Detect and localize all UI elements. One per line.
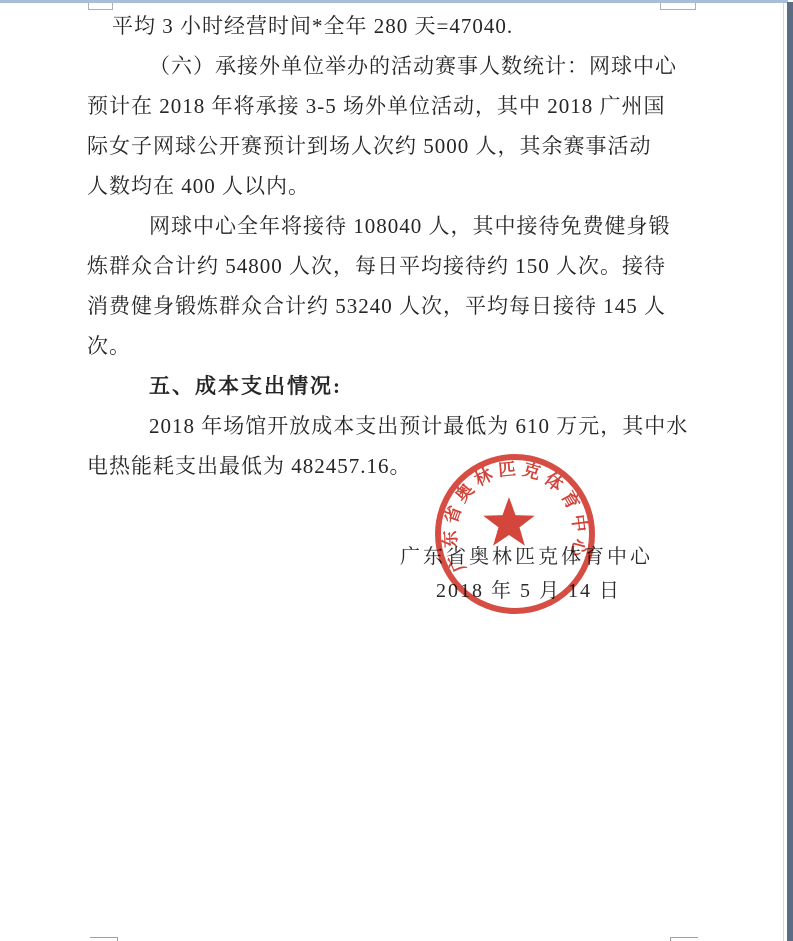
text-line: 预计在 2018 年将承接 3-5 场外单位活动，其中 2018 广州国	[87, 86, 727, 126]
text-line: 炼群众合计约 54800 人次，每日平均接待约 150 人次。接待	[87, 246, 727, 286]
page-right-rule	[783, 3, 784, 941]
text-line: 2018 年场馆开放成本支出预计最低为 610 万元，其中水	[87, 406, 727, 446]
text-line: 次。	[87, 326, 727, 366]
document-page: { "page": { "background": "#ffffff", "to…	[0, 0, 793, 941]
text-line: 际女子网球公开赛预计到场人次约 5000 人，其余赛事活动	[87, 126, 727, 166]
bottom-crop-mark-right	[670, 937, 698, 941]
text-line: 网球中心全年将接待 108040 人，其中接待免费健身锻	[87, 206, 727, 246]
text-line: 平均 3 小时经营时间*全年 280 天=47040.	[87, 6, 727, 46]
text-line: 电热能耗支出最低为 482457.16。	[87, 446, 727, 486]
text-line: 人数均在 400 人以内。	[87, 166, 727, 206]
bottom-crop-mark-left	[90, 937, 118, 941]
viewer-right-bar	[787, 2, 793, 941]
text-line: 消费健身锻炼群众合计约 53240 人次，平均每日接待 145 人	[87, 286, 727, 326]
text-line: 五、成本支出情况:	[87, 366, 727, 406]
text-line: （六）承接外单位举办的活动赛事人数统计：网球中心	[87, 46, 727, 86]
body-text: 平均 3 小时经营时间*全年 280 天=47040.（六）承接外单位举办的活动…	[87, 6, 727, 486]
official-seal: 广东省奥林匹克体育中心	[431, 450, 599, 618]
seal-star-icon	[483, 497, 534, 546]
